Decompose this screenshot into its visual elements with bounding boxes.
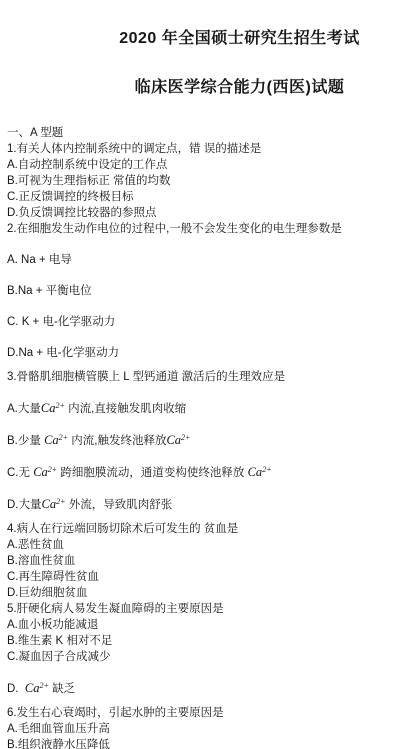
math-symbol: Ca bbox=[248, 465, 263, 479]
text-run: D.巨幼细胞贫血 bbox=[7, 587, 88, 599]
superscript-text: 2+ bbox=[56, 497, 65, 506]
math-symbol: Ca bbox=[44, 433, 59, 447]
text-run: 外流，导致肌肉舒张 bbox=[66, 499, 173, 511]
text-run: 2.在细胞发生动作电位的过程中,一般不会发生变化的电生理参数是 bbox=[7, 223, 342, 235]
superscript-text: 2+ bbox=[39, 681, 48, 690]
question: 3.骨骼肌细胞横管膜上 L 型钙通道 激活后的生理效应是A.大量Ca2+ 内流,… bbox=[7, 369, 399, 513]
question-option: A.恶性贫血 bbox=[7, 537, 399, 553]
math-symbol: Ca bbox=[42, 497, 57, 511]
superscript-text: 2+ bbox=[48, 465, 57, 474]
text-run: B.Na + 平衡电位 bbox=[7, 285, 92, 297]
question-option: B.少量 Ca2+ 内流,触发终池释放Ca2+ bbox=[7, 432, 399, 449]
text-run: 1.有关人体内控制系统中的调定点，错 误的描述是 bbox=[7, 143, 261, 155]
text-run: D. bbox=[7, 683, 25, 695]
superscript-text: 2+ bbox=[59, 433, 68, 442]
math-symbol: Ca bbox=[166, 433, 181, 447]
text-run: B.溶血性贫血 bbox=[7, 555, 75, 567]
text-run: A.毛细血管血压升高 bbox=[7, 723, 110, 735]
question-option: A.自动控制系统中设定的工作点 bbox=[7, 157, 399, 173]
questions: 1.有关人体内控制系统中的调定点，错 误的描述是A.自动控制系统中设定的工作点B… bbox=[7, 141, 399, 749]
exam-title-line1: 2020 年全国硕士研究生招生考试 bbox=[67, 29, 405, 49]
exam-paper-page: 2020 年全国硕士研究生招生考试 临床医学综合能力(西医)试题 一、A 型题 … bbox=[0, 0, 405, 749]
text-run: 缺乏 bbox=[49, 683, 75, 695]
text-run: 内流,触发终池释放 bbox=[68, 435, 166, 447]
text-run: B.组织液静水压降低 bbox=[7, 739, 110, 749]
superscript-text: 2+ bbox=[262, 465, 271, 474]
question-option: C.凝血因子合成减少 bbox=[7, 649, 399, 665]
question-option: A.毛细血管血压升高 bbox=[7, 721, 399, 737]
math-symbol: Ca bbox=[41, 401, 56, 415]
question-option: D.Na + 电-化学驱动力 bbox=[7, 345, 399, 361]
math-symbol: Ca bbox=[33, 465, 48, 479]
text-run: C. K + 电-化学驱动力 bbox=[7, 316, 115, 328]
text-run: A.大量 bbox=[7, 403, 41, 415]
text-run: B.少量 bbox=[7, 435, 44, 447]
text-run: C.无 bbox=[7, 467, 33, 479]
text-run: 内流,直接触发肌肉收缩 bbox=[65, 403, 186, 415]
text-run: C.正反馈调控的终极目标 bbox=[7, 191, 134, 203]
question-option: D. Ca2+ 缺乏 bbox=[7, 680, 399, 697]
question-option: B.溶血性贫血 bbox=[7, 553, 399, 569]
question-stem: 3.骨骼肌细胞横管膜上 L 型钙通道 激活后的生理效应是 bbox=[7, 369, 399, 385]
text-run: 3.骨骼肌细胞横管膜上 L 型钙通道 激活后的生理效应是 bbox=[7, 371, 285, 383]
question-option: B.维生素 K 相对不足 bbox=[7, 633, 399, 649]
question: 2.在细胞发生动作电位的过程中,一般不会发生变化的电生理参数是A. Na + 电… bbox=[7, 221, 399, 361]
question-option: D.巨幼细胞贫血 bbox=[7, 585, 399, 601]
text-run: 5.肝硬化病人易发生凝血障碍的主要原因是 bbox=[7, 603, 224, 615]
text-run: A.恶性贫血 bbox=[7, 539, 64, 551]
question-option: B.组织液静水压降低 bbox=[7, 737, 399, 749]
text-run: C.凝血因子合成减少 bbox=[7, 651, 111, 663]
text-run: 6.发生右心衰竭时，引起水肿的主要原因是 bbox=[7, 707, 224, 719]
text-run: D.负反馈调控比较器的参照点 bbox=[7, 207, 157, 219]
question-stem: 5.肝硬化病人易发生凝血障碍的主要原因是 bbox=[7, 601, 399, 617]
question-option: A.大量Ca2+ 内流,直接触发肌肉收缩 bbox=[7, 400, 399, 417]
text-run: B.维生素 K 相对不足 bbox=[7, 635, 112, 647]
question: 4.病人在行远端回肠切除术后可发生的 贫血是A.恶性贫血B.溶血性贫血C.再生障… bbox=[7, 521, 399, 601]
text-run: 4.病人在行远端回肠切除术后可发生的 贫血是 bbox=[7, 523, 238, 535]
question-option: A.血小板功能减退 bbox=[7, 617, 399, 633]
text-run: B.可视为生理指标正 常值的均数 bbox=[7, 175, 171, 187]
question-stem: 4.病人在行远端回肠切除术后可发生的 贫血是 bbox=[7, 521, 399, 537]
exam-title-line2: 临床医学综合能力(西医)试题 bbox=[67, 78, 405, 98]
title-block: 2020 年全国硕士研究生招生考试 临床医学综合能力(西医)试题 bbox=[67, 29, 405, 98]
question-option: B.可视为生理指标正 常值的均数 bbox=[7, 173, 399, 189]
text-run: A. Na + 电导 bbox=[7, 254, 72, 266]
text-run: D.大量 bbox=[7, 499, 42, 511]
question-option: A. Na + 电导 bbox=[7, 252, 399, 268]
question: 5.肝硬化病人易发生凝血障碍的主要原因是A.血小板功能减退B.维生素 K 相对不… bbox=[7, 601, 399, 697]
question-option: D.大量Ca2+ 外流，导致肌肉舒张 bbox=[7, 496, 399, 513]
text-run: C.再生障碍性贫血 bbox=[7, 571, 99, 583]
text-run: D.Na + 电-化学驱动力 bbox=[7, 347, 119, 359]
question-stem: 1.有关人体内控制系统中的调定点，错 误的描述是 bbox=[7, 141, 399, 157]
question: 6.发生右心衰竭时，引起水肿的主要原因是A.毛细血管血压升高B.组织液静水压降低 bbox=[7, 705, 399, 749]
question-option: B.Na + 平衡电位 bbox=[7, 283, 399, 299]
question-option: C.无 Ca2+ 跨细胞膜流动，通道变构使终池释放 Ca2+ bbox=[7, 464, 399, 481]
question-option: C.再生障碍性贫血 bbox=[7, 569, 399, 585]
superscript-text: 2+ bbox=[181, 433, 190, 442]
text-run: A.自动控制系统中设定的工作点 bbox=[7, 159, 167, 171]
question-stem: 2.在细胞发生动作电位的过程中,一般不会发生变化的电生理参数是 bbox=[7, 221, 399, 237]
question-option: C. K + 电-化学驱动力 bbox=[7, 314, 399, 330]
text-run: 跨细胞膜流动，通道变构使终池释放 bbox=[57, 467, 247, 479]
text-run: A.血小板功能减退 bbox=[7, 619, 98, 631]
question-option: C.正反馈调控的终极目标 bbox=[7, 189, 399, 205]
math-symbol: Ca bbox=[25, 681, 40, 695]
section-heading: 一、A 型题 bbox=[7, 125, 399, 141]
superscript-text: 2+ bbox=[55, 401, 64, 410]
question: 1.有关人体内控制系统中的调定点，错 误的描述是A.自动控制系统中设定的工作点B… bbox=[7, 141, 399, 221]
question-stem: 6.发生右心衰竭时，引起水肿的主要原因是 bbox=[7, 705, 399, 721]
question-option: D.负反馈调控比较器的参照点 bbox=[7, 205, 399, 221]
